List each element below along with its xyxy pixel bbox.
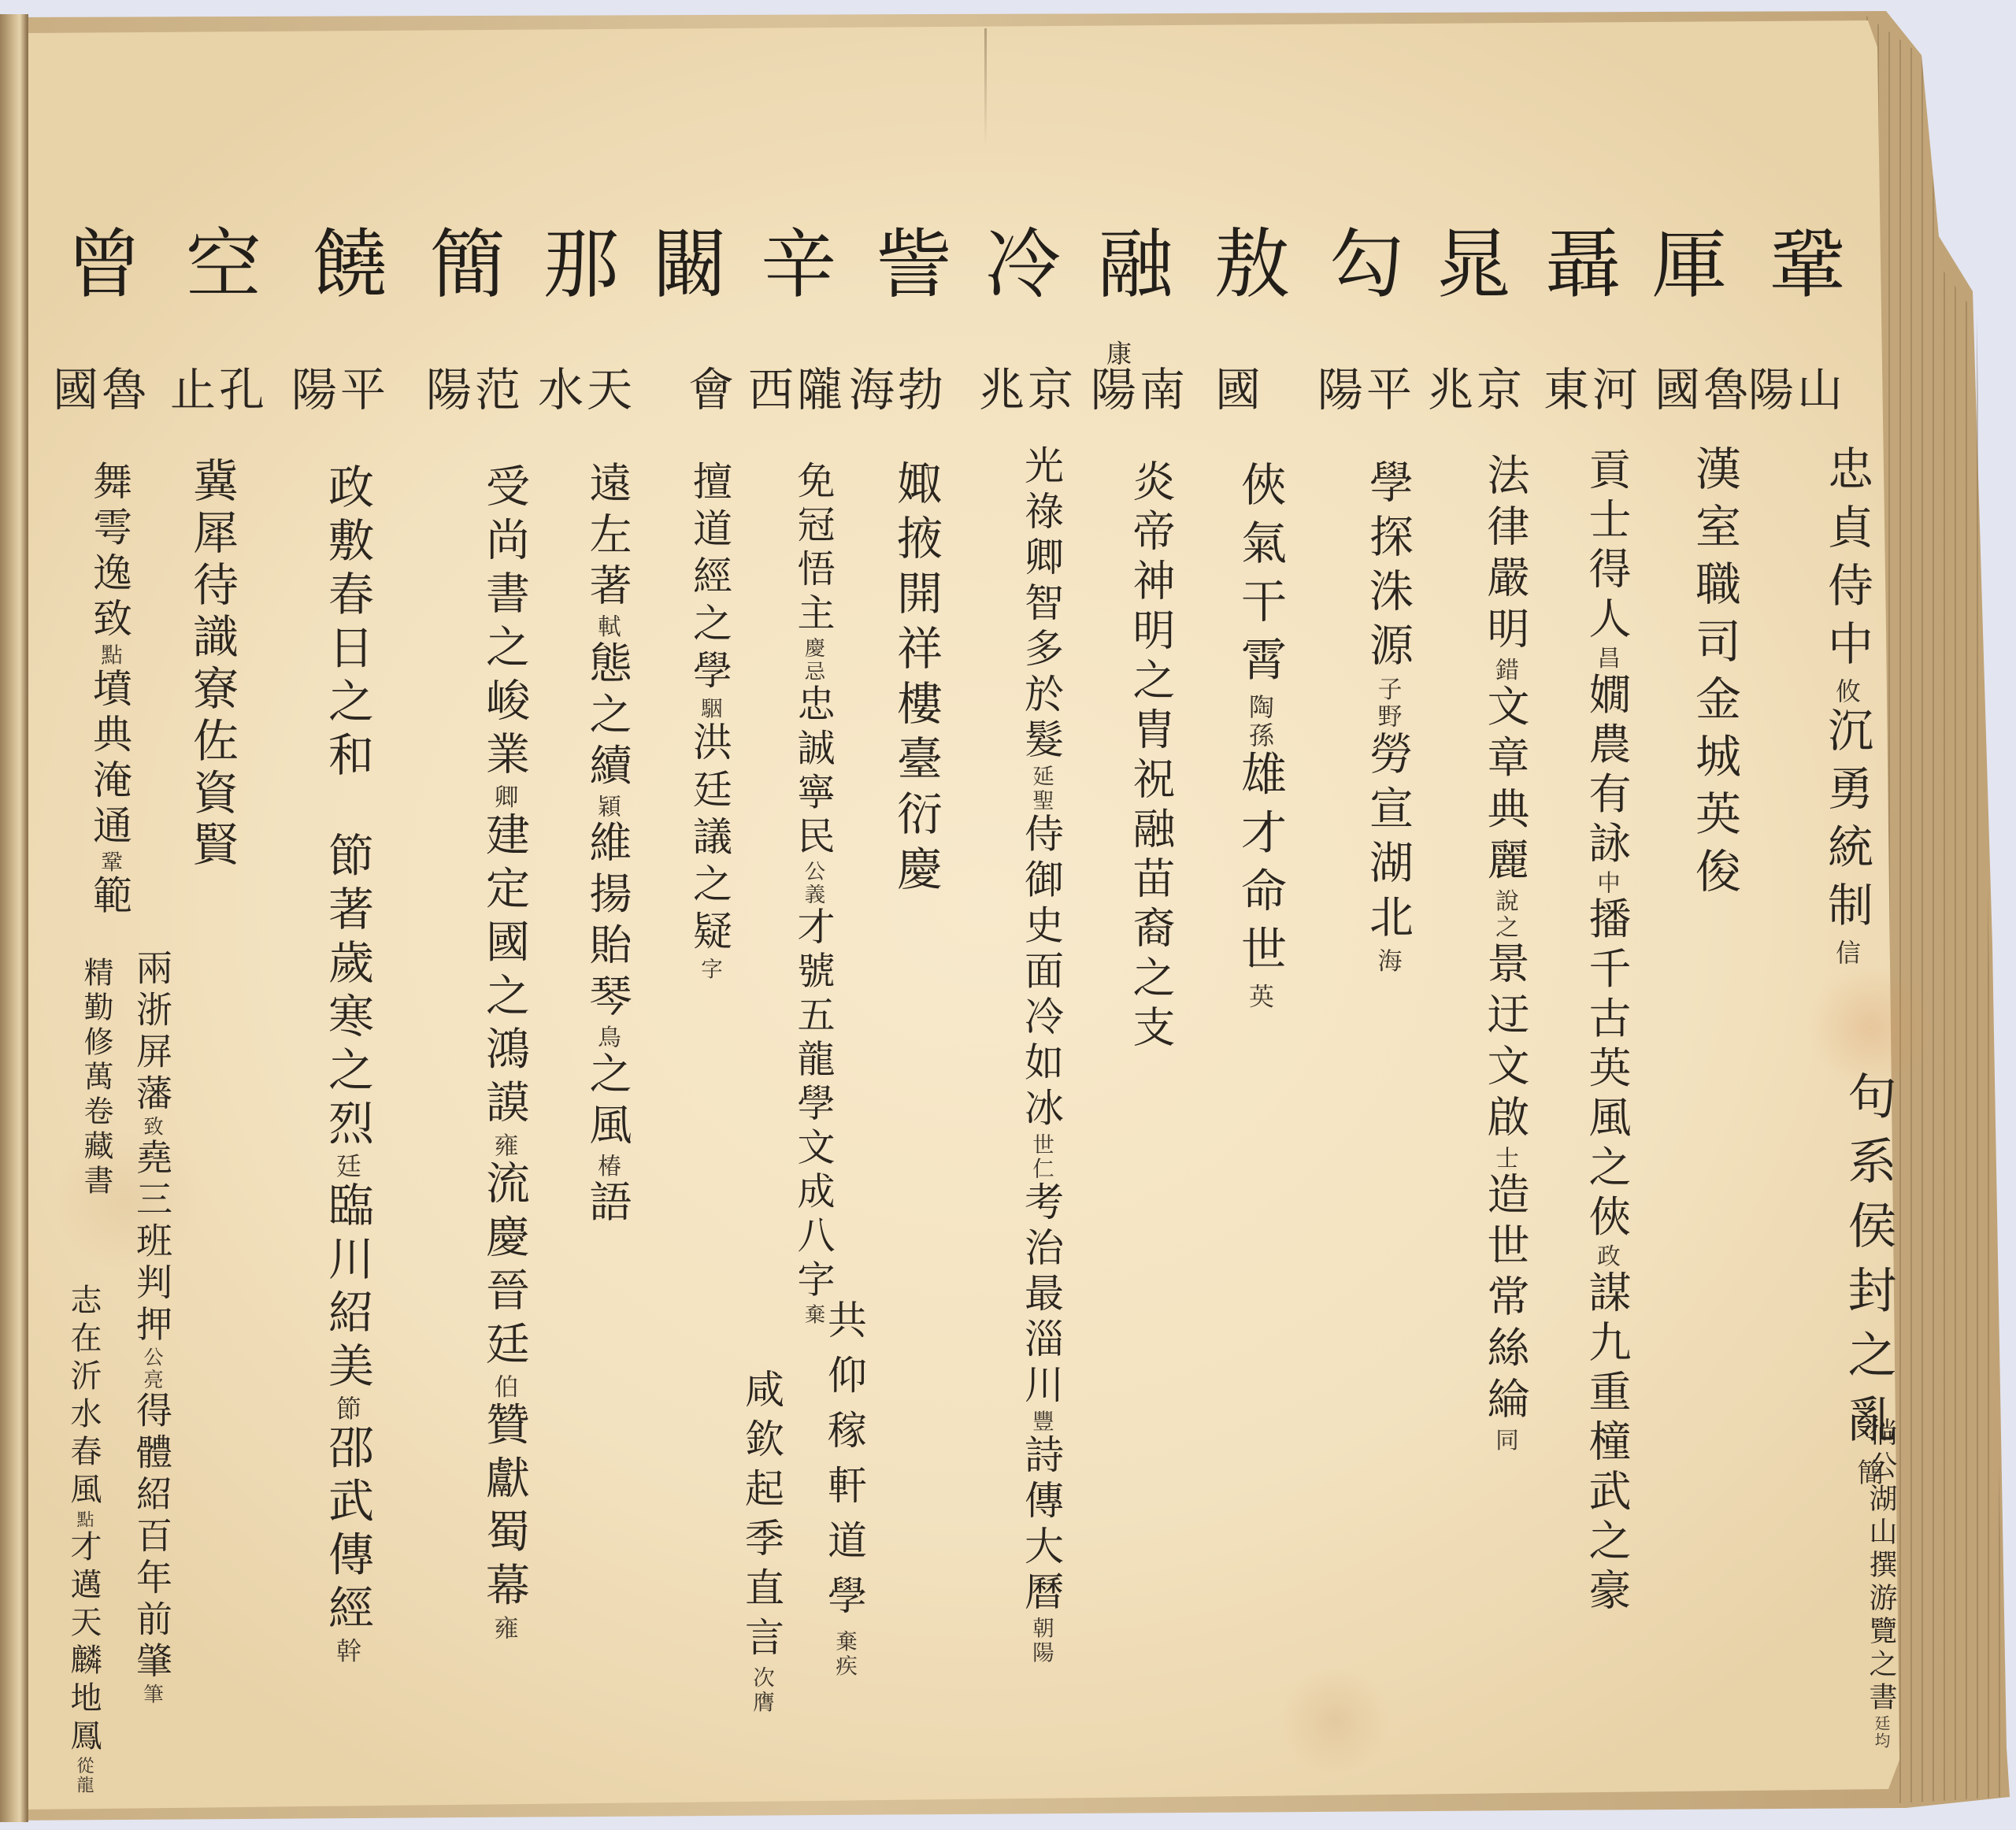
stain [1803, 969, 1937, 1087]
main-text: 謀九重橦武之豪 [1582, 1270, 1632, 1617]
place-label: 山陽 [1742, 365, 1852, 414]
annotation: 士 [1492, 1146, 1519, 1172]
main-text: 漢室職司金城英俊 [1688, 445, 1741, 905]
annotation: 陶孫 [1245, 694, 1275, 750]
surname-header: 厙 [1646, 225, 1732, 304]
main-text: 堯三班判押 [131, 1138, 173, 1347]
surname-header: 勾 [1323, 225, 1410, 304]
surname-header: 曾 [61, 225, 147, 304]
annotation: 昌 [1593, 646, 1621, 672]
place-label: 京兆 [973, 365, 1083, 414]
main-text: 嫺農有詠 [1582, 672, 1632, 870]
main-text: 文章典麗 [1480, 683, 1530, 888]
text-column-kong: 冀犀待識寮佐資賢 [189, 457, 235, 872]
surname-header: 那 [538, 225, 624, 304]
center-fold [984, 28, 987, 146]
main-text: 語 [583, 1180, 632, 1231]
main-text: 貢士得人 [1582, 447, 1632, 646]
surname-header: 闞 [647, 225, 733, 304]
surname-header: 冷 [980, 225, 1066, 304]
place-label: 南陽 [1084, 365, 1195, 414]
text-column-zi: 娵掖開祥樓臺衍慶 [893, 459, 939, 900]
surname-header: 聶 [1540, 225, 1626, 304]
annotation: 公義 [801, 860, 825, 906]
place-label: 魯國 [1648, 365, 1758, 414]
annotation: 中 [1593, 870, 1621, 896]
annotation: 雍 [490, 1616, 518, 1643]
place-label: 魯國 [46, 365, 157, 414]
text-column-zeng: 舞雩逸致點墳典淹通鞏範 [90, 461, 129, 921]
surname-header: 饒 [306, 225, 393, 304]
main-text: 政敷春日之和 [321, 463, 374, 784]
main-text: 法律嚴明 [1480, 453, 1530, 658]
annotation: 鳥 [594, 1025, 621, 1051]
main-text: 考治最淄川 [1018, 1181, 1064, 1410]
main-text: 得體紹百年前肇 [131, 1391, 173, 1684]
text-column-nie: 貢士得人昌嫺農有詠中播千古英風之俠政謀九重橦武之豪 [1585, 447, 1628, 1617]
text-column-chao: 法律嚴明錯文章典麗說之景迂文啟士造世常絲綸同 [1484, 453, 1526, 1454]
main-text: 臨川紹美 [321, 1181, 374, 1395]
annotation: 廷 [332, 1153, 362, 1181]
surname-header: 鞏 [1764, 225, 1851, 304]
main-text: 志在沂水春風 [65, 1284, 102, 1510]
main-text: 造世常絲綸 [1480, 1172, 1530, 1428]
annotation: 駰 [697, 697, 722, 721]
main-text: 炎帝神明之胄 [1126, 459, 1176, 757]
main-text: 冀犀待識寮佐資賢 [185, 457, 239, 872]
text-column-gong: 忠貞侍中攸沉勇統制信 [1824, 445, 1870, 967]
surname-header: 簡 [424, 225, 511, 304]
main-text: 維揚貽琴 [583, 821, 632, 1025]
annotation: 點 [74, 1510, 94, 1530]
main-text: 範 [87, 875, 132, 921]
main-text: 舞雩逸致 [87, 461, 132, 643]
place-label: 京兆 [1421, 365, 1532, 414]
place-label: 會 [658, 365, 768, 414]
annotation: 鞏 [97, 850, 122, 875]
text-column-she: 漢室職司金城英俊 [1692, 445, 1737, 905]
annotation: 椿 [594, 1154, 621, 1180]
stain [1276, 1669, 1394, 1772]
place-label: 孔止 [164, 365, 274, 414]
main-text: 擅道經之學 [687, 461, 732, 697]
main-text: 節著歲寒之烈 [321, 832, 374, 1153]
annotation: 攸 [1832, 678, 1862, 706]
annotation: 豐 [1028, 1410, 1054, 1434]
annotation: 軾 [594, 614, 621, 640]
main-text: 祝融苗裔之支 [1126, 757, 1176, 1054]
text-column-zeng-4: 志在沂水春風點才邁天麟地鳳從龍 [68, 1284, 99, 1795]
annotation: 伯 [490, 1374, 518, 1402]
annotation: 字 [697, 958, 722, 982]
place-label: 平陽 [1311, 365, 1421, 414]
main-text: 學文成八字 [791, 1083, 835, 1303]
main-text: 雄才命世 [1233, 750, 1287, 983]
main-text: 才號五龍 [791, 906, 835, 1083]
main-text: 態之續 [583, 640, 632, 794]
text-column-ao: 俠氣干霄陶孫雄才命世英 [1237, 461, 1283, 1011]
main-text: 詩傳大曆 [1018, 1434, 1064, 1617]
surname-header: 空 [180, 225, 267, 304]
main-text: 墳典淹通 [87, 668, 132, 850]
main-text: 遠左著 [583, 461, 632, 614]
text-column-kan: 擅道經之學駰洪廷議之疑字 [690, 461, 729, 982]
annotation: 世仁 [1028, 1133, 1054, 1182]
text-column-zeng-2: 兩浙屏藩致堯三班判押公亮得體紹百年前肇筆 [134, 949, 170, 1706]
main-text: 流慶晉廷 [479, 1160, 530, 1374]
annotation: 慶忌 [801, 637, 825, 683]
annotation: 錯 [1492, 658, 1519, 683]
annotation: 說之 [1492, 888, 1519, 941]
annotation: 筆 [141, 1684, 164, 1706]
surname-header: 辛 [755, 225, 842, 304]
place-label: 國 [1184, 365, 1295, 414]
text-column-na: 遠左著軾態之續穎維揚貽琴鳥之風椿語 [586, 461, 628, 1231]
place-label: 勃海 [843, 365, 953, 414]
text-column-zeng-3: 精勤修萬卷藏書 [81, 957, 111, 1199]
place-label: 范陽 [420, 365, 530, 414]
text-column-leng: 光祿卿智多於髮延聖侍御史面冷如冰世仁考治最淄川豐詩傳大曆朝陽 [1021, 445, 1061, 1665]
surname-header: 融 [1092, 225, 1179, 304]
text-column-jian: 受尚書之峻業卿建定國之鴻謨雍流慶晉廷伯贊獻蜀幕雍 [482, 463, 526, 1643]
main-text: 侍御史面冷如冰 [1018, 813, 1064, 1133]
main-text: 光祿卿智多於髮 [1018, 445, 1064, 765]
main-text: 受尚書之峻業 [479, 463, 530, 784]
main-text: 建定國之鴻謨 [479, 812, 530, 1133]
text-column-rao: 政敷春日之和節著歲寒之烈廷臨川紹美節邵武傳經幹 [324, 463, 370, 1665]
surname-header: 晁 [1429, 225, 1516, 304]
annotation: 穎 [594, 794, 621, 820]
annotation: 點 [97, 643, 122, 668]
main-text: 俠氣干霄 [1233, 461, 1287, 694]
text-column-gou: 學探洙源子野勞宣湖北海 [1366, 459, 1410, 976]
main-text: 忠誠寧民 [791, 683, 835, 860]
main-text: 之風 [583, 1051, 632, 1154]
annotation: 信 [1832, 939, 1862, 968]
text-column-xin-3: 咸欽起季直言次膺 [742, 1369, 781, 1715]
main-text: 景迂文啟 [1480, 941, 1530, 1146]
annotation: 子野 [1373, 676, 1402, 731]
annotation: 節 [332, 1395, 362, 1424]
surname-header: 訾 [870, 225, 957, 304]
place-label: 天水 [532, 365, 642, 414]
annotation: 延聖 [1028, 765, 1054, 813]
annotation: 同 [1492, 1428, 1519, 1454]
main-text: 忠貞侍中 [1820, 445, 1873, 678]
place-label: 河東 [1537, 365, 1647, 414]
annotation: 從龍 [74, 1757, 94, 1795]
annotation: 海 [1373, 948, 1402, 976]
main-text: 洪廷議之疑 [687, 721, 732, 958]
main-text: 共仰稼軒道學 [821, 1299, 867, 1630]
main-text: 精勤修萬卷藏書 [79, 957, 113, 1199]
main-text: 勞宣湖北 [1362, 731, 1414, 948]
place-correction-note: 康 [1106, 334, 1132, 370]
annotation: 政 [1593, 1244, 1621, 1270]
text-column-xin: 免冠悟主慶忌忠誠寧民公義才號五龍學文成八字棄 [794, 461, 832, 1327]
annotation: 幹 [332, 1637, 362, 1665]
main-text: 兩浙屏藩 [131, 949, 173, 1116]
main-text: 句系侯封之亂 [1840, 1071, 1897, 1458]
main-text: 娵掖開祥樓臺衍慶 [889, 459, 943, 900]
text-column-xin-2: 共仰稼軒道學棄疾 [825, 1299, 864, 1679]
main-text: 贊獻蜀幕 [479, 1402, 530, 1616]
text-column-gong-3: 徜公湖山撰游覽之書廷均 [1866, 1417, 1895, 1750]
stain [47, 1134, 205, 1268]
main-text: 徜公湖山撰游覽之書 [1865, 1417, 1897, 1715]
annotation: 卿 [490, 784, 518, 812]
annotation: 公亮 [141, 1347, 164, 1391]
annotation: 棄疾 [832, 1630, 857, 1679]
main-text: 免冠悟主 [791, 461, 835, 637]
main-text: 才邁天麟地鳳 [65, 1530, 102, 1757]
surname-header: 敖 [1209, 225, 1295, 304]
previous-page-edge [0, 14, 28, 1822]
annotation: 致 [141, 1116, 164, 1138]
place-label: 平陽 [285, 365, 395, 414]
annotation: 英 [1245, 983, 1275, 1011]
main-text: 播千古英風之俠 [1582, 897, 1632, 1244]
annotation: 雍 [490, 1133, 518, 1161]
main-text: 學探洙源 [1362, 459, 1414, 676]
annotation: 次膺 [749, 1666, 774, 1715]
main-text: 邵武傳經 [321, 1423, 374, 1637]
annotation: 朝陽 [1028, 1617, 1054, 1665]
main-text: 沉勇統制 [1820, 706, 1873, 939]
main-text: 咸欽起季直言 [739, 1369, 784, 1666]
text-column-rong: 炎帝神明之胄祝融苗裔之支 [1129, 459, 1172, 1054]
annotation: 廷均 [1872, 1715, 1890, 1750]
